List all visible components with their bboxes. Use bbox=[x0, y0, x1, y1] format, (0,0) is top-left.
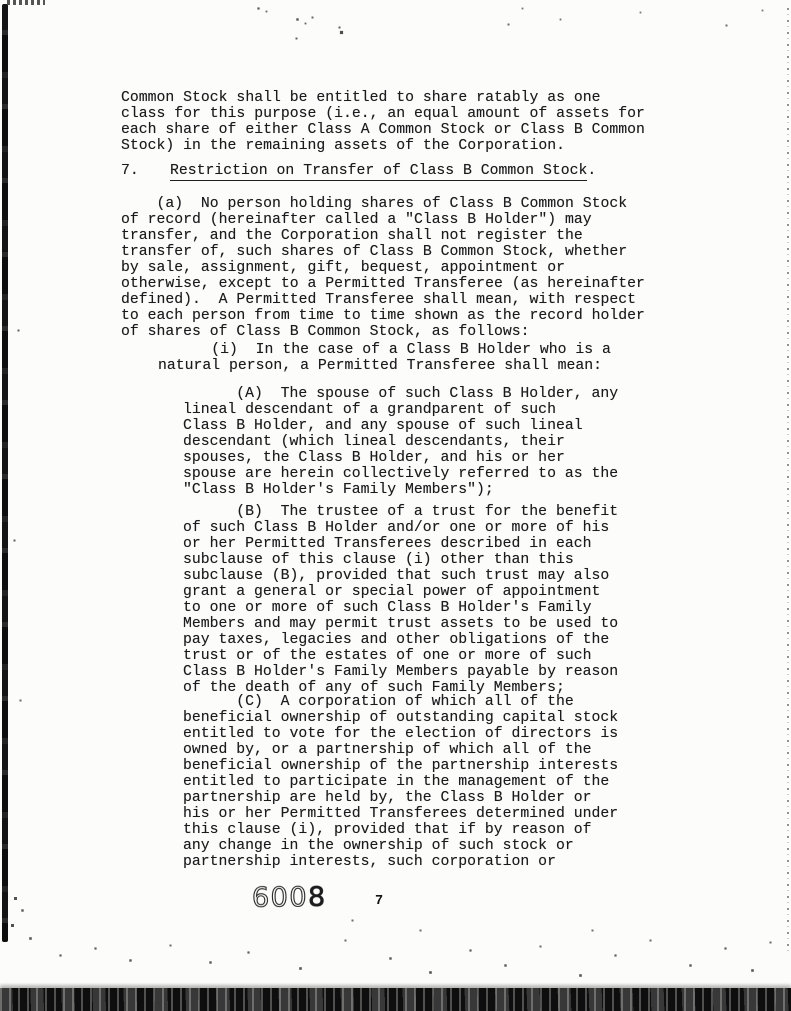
subclause-C-paragraph: (C) A corporation of which all of the be… bbox=[183, 694, 618, 870]
scan-noise-top-left bbox=[7, 0, 45, 5]
clause-a-i-paragraph: (i) In the case of a Class B Holder who … bbox=[158, 342, 611, 374]
clause-a-paragraph: (a) No person holding shares of Class B … bbox=[121, 196, 645, 340]
section-title-period: . bbox=[587, 163, 596, 179]
subclause-A-paragraph: (A) The spouse of such Class B Holder, a… bbox=[183, 386, 618, 498]
scan-noise-specks bbox=[0, 0, 1, 1]
stamp-number-last-digit: 8 bbox=[308, 882, 327, 913]
section-number: 7. bbox=[121, 163, 170, 179]
subclause-B-paragraph: (B) The trustee of a trust for the benef… bbox=[183, 504, 618, 696]
scan-noise-right-edge bbox=[787, 8, 789, 953]
scan-edge-left-artifact bbox=[2, 4, 8, 942]
section-title: Restriction on Transfer of Class B Commo… bbox=[170, 163, 587, 181]
stamp-number-prefix: 600 bbox=[252, 882, 308, 914]
section-heading: 7.Restriction on Transfer of Class B Com… bbox=[121, 163, 596, 179]
page-number: 7 bbox=[375, 894, 383, 909]
document-page: Common Stock shall be entitled to share … bbox=[0, 0, 791, 1011]
stamp-number: 6008 bbox=[252, 882, 327, 914]
scan-edge-bottom-artifact bbox=[0, 988, 791, 1011]
paragraph-intro: Common Stock shall be entitled to share … bbox=[121, 90, 645, 154]
